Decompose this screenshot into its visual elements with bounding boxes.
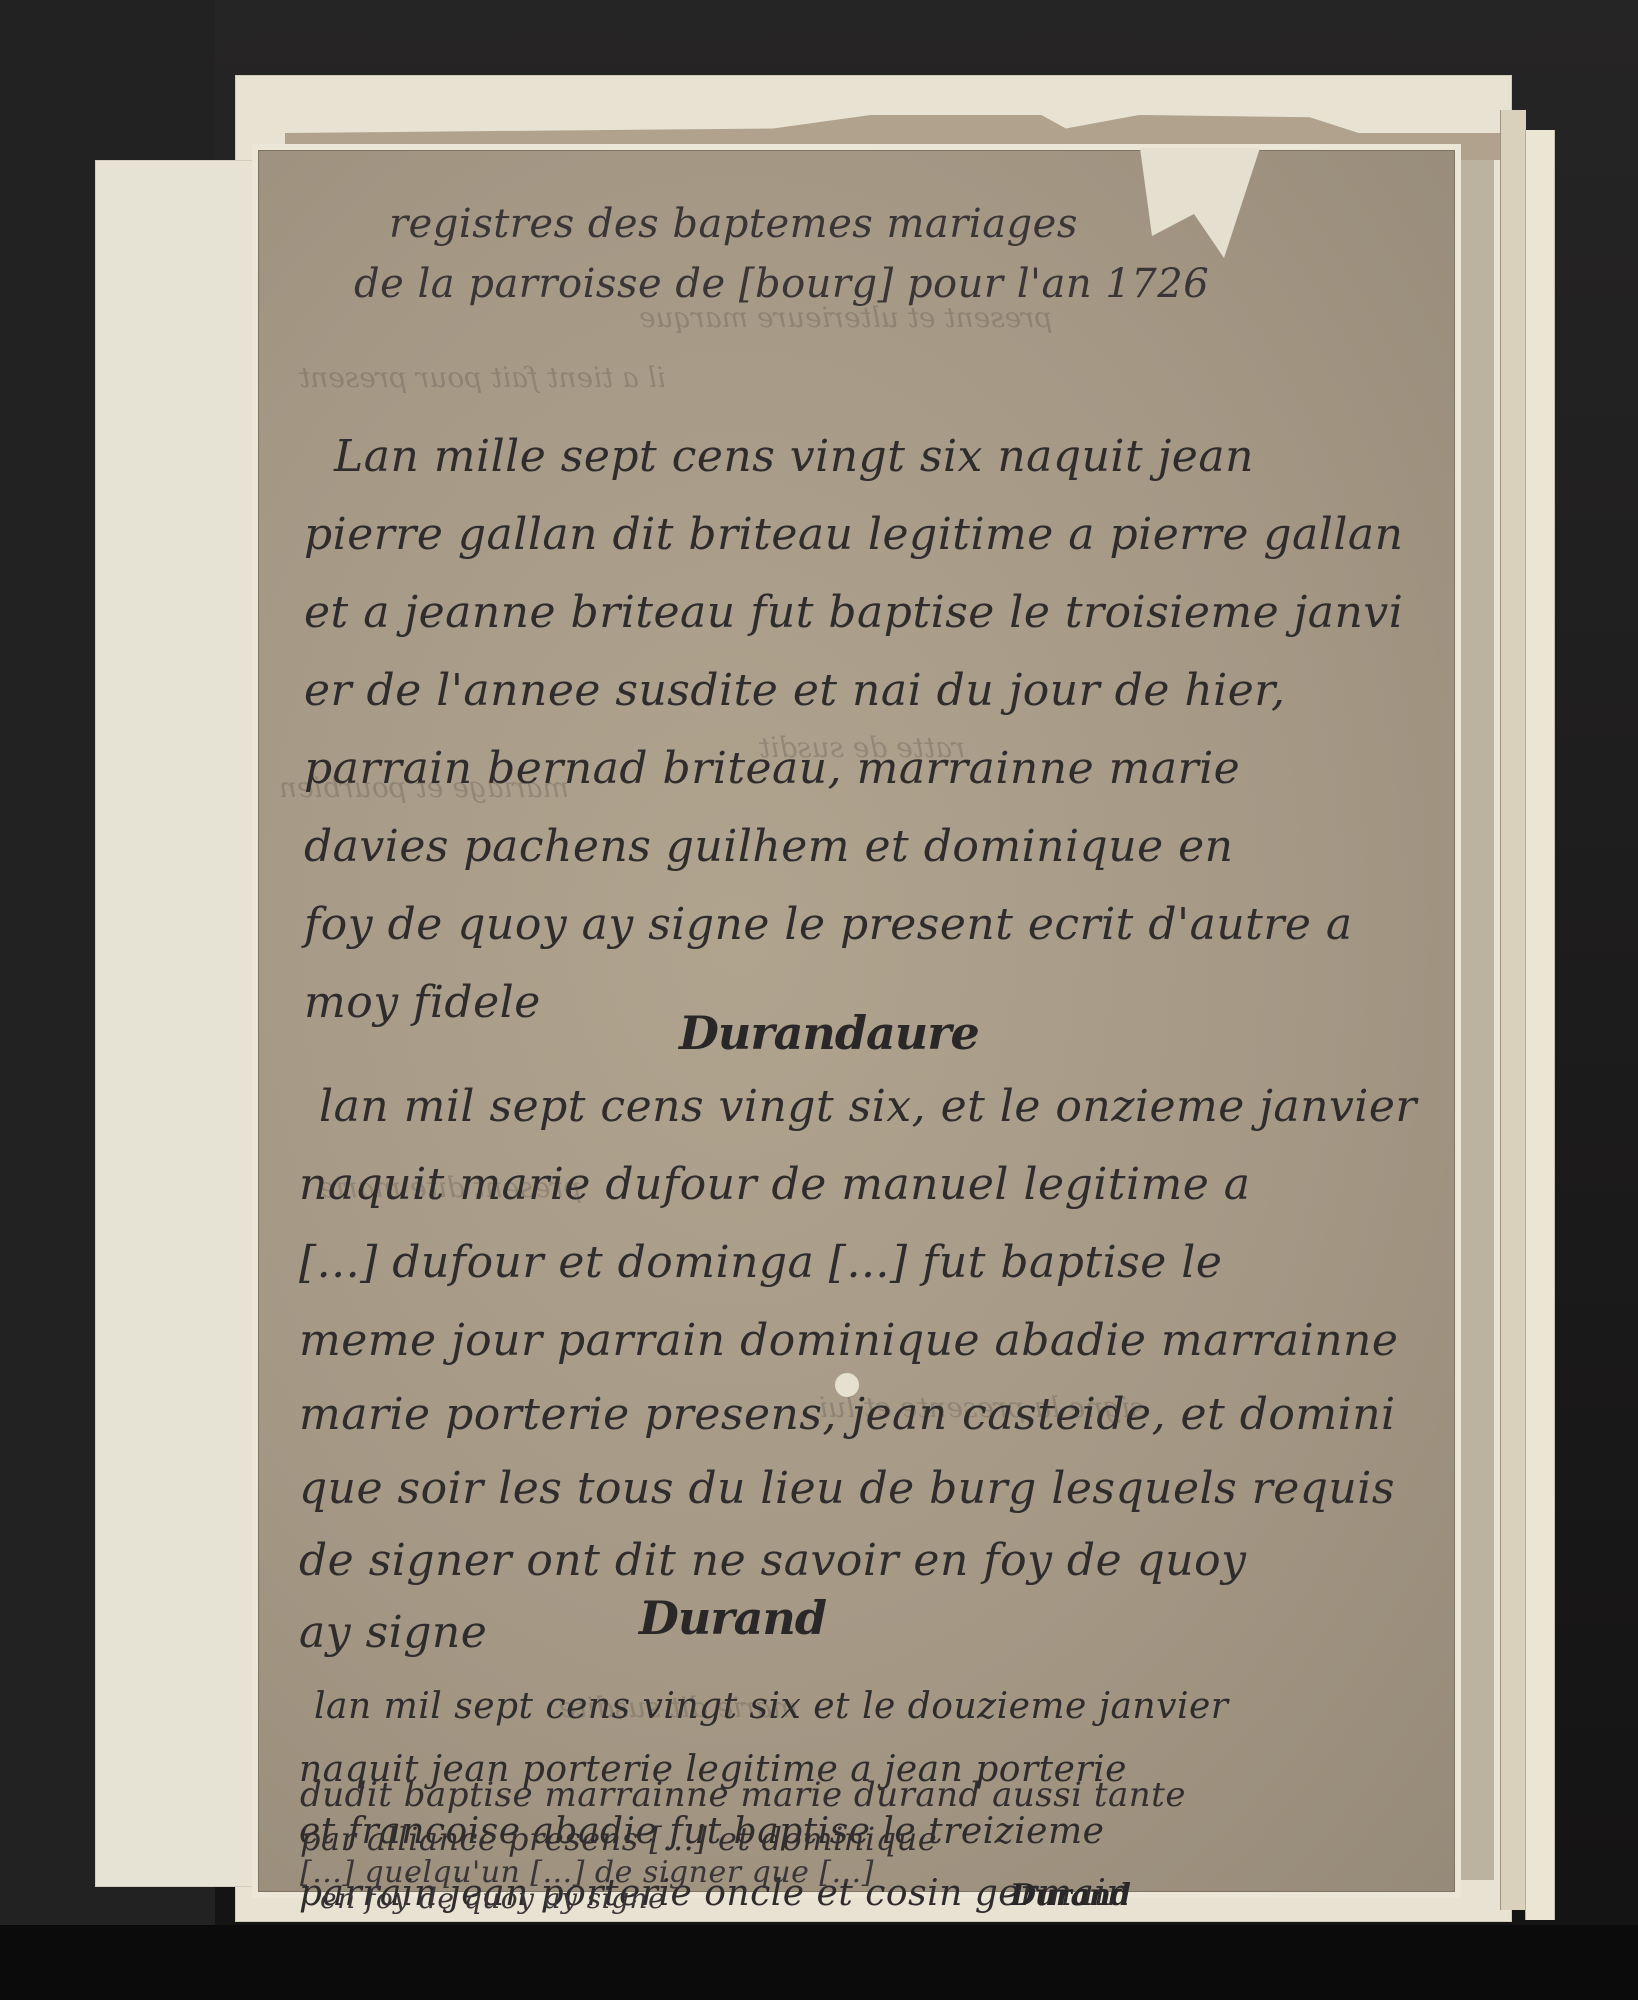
entry-2-line: ay signe <box>299 1607 487 1658</box>
register-page: il a tient fait pour present present et … <box>258 150 1455 1892</box>
entry-3-signature: Durand <box>1010 1878 1130 1913</box>
entry-2-line: meme jour parrain dominique abadie marra… <box>299 1315 1398 1366</box>
entry-3-line: dudit baptise marrainne marie durand aus… <box>300 1775 1186 1815</box>
entry-2-line: [...] dufour et dominga [...] fut baptis… <box>299 1237 1222 1288</box>
paper-hole <box>835 1373 859 1397</box>
entry-1-line: er de l'annee susdite et nai du jour de … <box>304 665 1285 716</box>
entry-2-line: lan mil sept cens vingt six, et le onzie… <box>319 1081 1417 1132</box>
entry-1-line: et a jeanne briteau fut baptise le trois… <box>304 587 1403 638</box>
stacked-sheet-edge-2 <box>1525 130 1555 1920</box>
entry-2-signature: Durand <box>639 1591 826 1645</box>
entry-2-line: que soir les tous du lieu de burg lesque… <box>299 1463 1395 1514</box>
entry-2-line: de signer ont dit ne savoir en foy de qu… <box>299 1535 1246 1586</box>
handwritten-text: registres des baptemes mariages de la pa… <box>259 151 1454 1891</box>
register-heading-line-2: de la parroisse de [bourg] pour l'an 172… <box>354 261 1209 307</box>
entry-3-line: lan mil sept cens vingt six et le douzie… <box>314 1686 1228 1727</box>
tissue-interleaf <box>95 160 267 1887</box>
register-heading-line-1: registres des baptemes mariages <box>389 201 1078 247</box>
stacked-sheet-edge-1 <box>1500 110 1526 1910</box>
entry-2-line: naquit marie dufour de manuel legitime a <box>299 1159 1251 1210</box>
entry-1-line: Lan mille sept cens vingt six naquit jea… <box>334 431 1254 482</box>
entry-1-line: moy fidele <box>304 977 541 1028</box>
bottom-shadow <box>0 1925 1638 2000</box>
entry-1-line: parrain bernad briteau, marrainne marie <box>304 743 1240 794</box>
entry-3-line: en foy de quoy ay signe <box>320 1882 665 1915</box>
entry-3-line: par alliance presens [...] et dominique <box>300 1820 937 1858</box>
page-underlay-edge <box>1453 160 1494 1880</box>
entry-1-line: foy de quoy ay signe le present ecrit d'… <box>304 899 1353 950</box>
entry-1-line: pierre gallan dit briteau legitime a pie… <box>304 509 1403 560</box>
entry-1-line: davies pachens guilhem et dominique en <box>304 821 1233 872</box>
entry-1-signature: Durandaure <box>679 1006 979 1060</box>
